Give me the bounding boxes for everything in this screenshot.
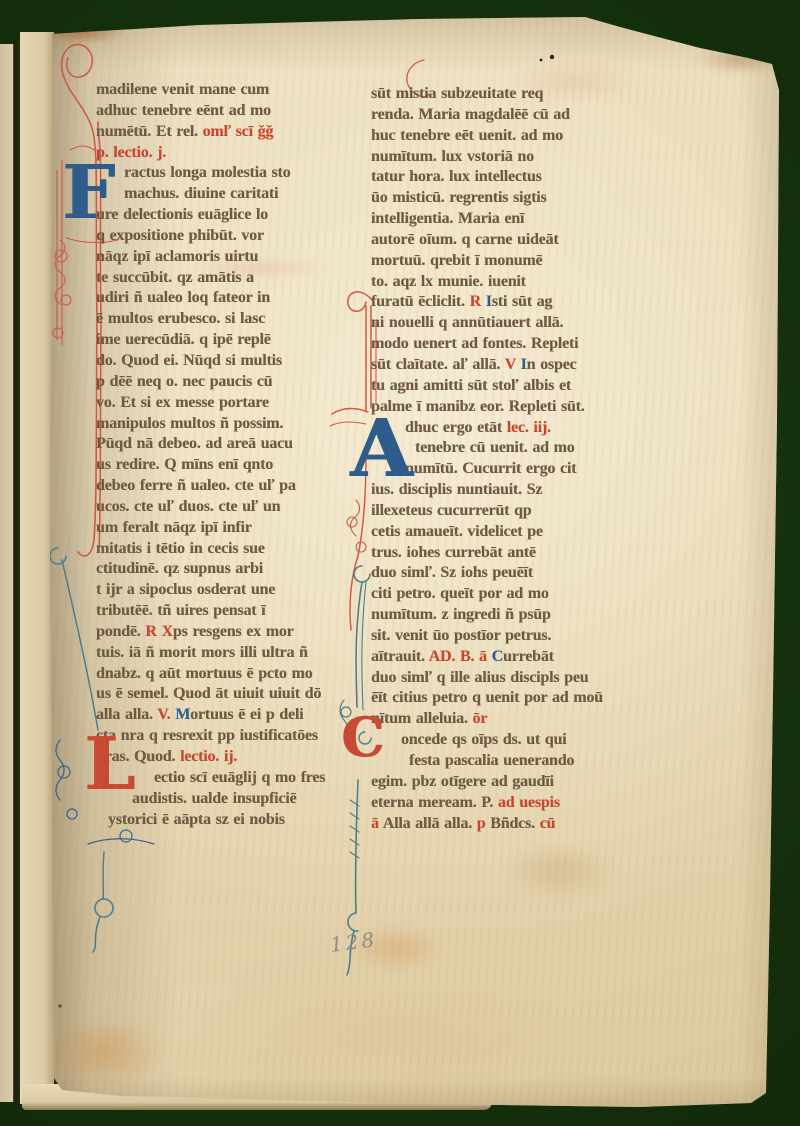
text-line: autorē oīum. q carne uideāt	[371, 230, 673, 251]
body-text: mortuū. qrebit ī monumē	[371, 252, 542, 269]
rubric-text: AD. B. ā	[429, 648, 492, 665]
body-text: tu agni amitti sūt stoľ albis et	[371, 377, 571, 394]
text-line: p. lectio. j.	[96, 143, 348, 164]
body-text: n ospec	[527, 356, 577, 373]
ink-specks	[58, 55, 554, 1008]
body-text: ortuus ē ei p deli	[190, 706, 303, 723]
blue-initial-text: I	[486, 293, 492, 310]
text-line: eterna meream. P. ad uespis	[371, 793, 673, 814]
text-line: udiri ñ ualeo loq fateor in	[96, 288, 348, 309]
text-line: do. Quod ei. Nūqd si multis	[96, 351, 348, 372]
body-text: tributēē. tñ uires pensat ī	[96, 602, 265, 619]
rubric-text: R X	[145, 623, 173, 640]
rubric-text: R	[470, 293, 486, 310]
body-text: modo uenert ad fontes. Repleti	[371, 335, 578, 352]
body-text: machus. diuine caritati	[124, 185, 278, 202]
text-line: sūt mistia subzeuitate req	[371, 84, 673, 105]
blue-initial-text: C	[492, 648, 503, 665]
text-line: festa pascalia uenerando	[371, 751, 673, 772]
parchment-stain	[200, 980, 580, 1090]
body-text: ectio scī euāglij q mo fres	[154, 769, 325, 786]
parchment-stain	[510, 60, 640, 104]
body-text: te succūbit. qz amātis a	[96, 269, 254, 286]
text-line: t ijr a sipoclus osderat une	[96, 580, 348, 601]
body-text: eterna meream. P.	[371, 794, 498, 811]
body-text: huc tenebre eēt uenit. ad mo	[371, 127, 563, 144]
text-line: numētū. Et rel. omľ scī ǧǧ	[96, 122, 348, 143]
rubric-text: p	[477, 815, 491, 832]
body-text: tuis. iā ñ morit mors illi ultra ñ	[96, 644, 308, 661]
body-text: furatū ēcliclit.	[371, 293, 470, 310]
text-line: ēīt citius petro q uenit por ad moū	[371, 688, 673, 709]
body-text: festa pascalia uenerando	[409, 752, 574, 769]
text-line: ctitudinē. qz supnus arbi	[96, 559, 348, 580]
initial-L: L	[84, 728, 135, 800]
body-text: numītum. lux vstoriā no	[371, 148, 534, 165]
body-text: ctitudinē. qz supnus arbi	[96, 560, 263, 577]
body-text: ē multos erubesco. si lasc	[96, 310, 265, 327]
body-text: dnabz. q aūt mortuus ē pcto mo	[96, 665, 312, 682]
penwork-left-blue	[50, 548, 154, 952]
text-line: egim. pbz otīgere ad gaudīi	[371, 772, 673, 793]
text-line: numītum. lux vstoriā no	[371, 147, 673, 168]
blue-initial-text: M	[175, 706, 190, 723]
text-line: Pūqd nā debeo. ad areā uacu	[96, 434, 348, 455]
body-text: numētū. Et rel.	[96, 123, 203, 140]
rubric-text: ōr	[472, 710, 487, 727]
body-text: t ijr a sipoclus osderat une	[96, 581, 275, 598]
text-line: intelligentia. Maria enī	[371, 209, 673, 230]
text-line: oncede qs oīps ds. ut qui	[371, 730, 673, 751]
body-text: duo simľ q ille alius discipls peu	[371, 669, 588, 686]
body-text: audistis. ualde insupficiē	[132, 790, 296, 807]
body-text: citi petro. queīt por ad mo	[371, 585, 549, 602]
body-text: alla alla.	[96, 706, 157, 723]
parchment-stain	[696, 46, 786, 74]
text-line: aītrauit. AD. B. ā Currebāt	[371, 647, 673, 668]
body-text: ractus longa molestia sto	[124, 164, 290, 181]
book-page-edge	[0, 44, 14, 1102]
text-line: audistis. ualde insupficiē	[96, 789, 348, 810]
text-line: madilene venit mane cum	[96, 80, 348, 101]
body-text: nāqz ipī aclamoris uirtu	[96, 248, 258, 265]
body-text: numītum. z ingredi ñ psūp	[371, 606, 551, 623]
text-line: pondē. R Xps resgens ex mor	[96, 622, 348, 643]
body-text: debeo ferre ñ ualeo. cte uľ pa	[96, 477, 296, 494]
body-text: dhuc ergo etāt	[405, 419, 507, 436]
body-text: ure delectionis euāglice lo	[96, 206, 268, 223]
rubric-offset-smudge	[190, 258, 330, 278]
text-line: nras. Quod. lectio. ij.	[96, 747, 348, 768]
body-text: aītrauit.	[371, 648, 429, 665]
text-line: q expositione phibūt. vor	[96, 226, 348, 247]
body-text: udiri ñ ualeo loq fateor in	[96, 289, 270, 306]
body-text: Pūqd nā debeo. ad areā uacu	[96, 435, 293, 452]
body-text: us redire. Q mīns enī qnto	[96, 456, 273, 473]
text-line: ūo misticū. regrentis sigtis	[371, 188, 673, 209]
rubric-text: lec. iij.	[507, 419, 551, 436]
body-text: egim. pbz otīgere ad gaudīi	[371, 773, 554, 790]
body-text: ime uerecūdiā. q ipē replē	[96, 331, 271, 348]
rubric-text: ad uespis	[498, 794, 560, 811]
text-line: to. aqz lx munie. iuenit	[371, 272, 673, 293]
text-line: manipulos multos ñ possim.	[96, 414, 348, 435]
text-line: modo uenert ad fontes. Repleti	[371, 334, 673, 355]
rubric-text: V	[505, 356, 521, 373]
parchment-stain	[346, 926, 446, 972]
text-line: ē multos erubesco. si lasc	[96, 309, 348, 330]
text-line: ā Alla allā alla. p Bñdcs. cū	[371, 814, 673, 835]
body-text: urrebāt	[503, 648, 554, 665]
text-line: alla alla. V. Mortuus ē ei p deli	[96, 705, 348, 726]
folio-number-pencil: 128	[329, 927, 379, 957]
gutter-shadow	[50, 0, 180, 1126]
rubric-text: ā	[371, 815, 383, 832]
text-line: mortuū. qrebit ī monumē	[371, 251, 673, 272]
text-column-left: madilene venit mane cumadhuc tenebre eēn…	[96, 80, 348, 830]
text-line: numītum. z ingredi ñ psūp	[371, 605, 673, 626]
text-line: ime uerecūdiā. q ipē replē	[96, 330, 348, 351]
penwork-left-red-border	[53, 44, 118, 556]
text-column-right: sūt mistia subzeuitate reqrenda. Maria m…	[371, 84, 673, 834]
body-text: vo. Et si ex messe portare	[96, 394, 269, 411]
blue-initial-text: I	[521, 356, 527, 373]
body-text: illexeteus cucurrerūt qp	[371, 502, 531, 519]
text-line: ystorici ē aāpta sz ei nobis	[96, 810, 348, 831]
text-line: ucos. cte uľ duos. cte uľ un	[96, 497, 348, 518]
text-line: cta nra q resrexit pp iustificatōes	[96, 726, 348, 747]
text-line: nītum alleluia. ōr	[371, 709, 673, 730]
photo-background: madilene venit mane cumadhuc tenebre eēn…	[0, 0, 800, 1126]
text-line: ure delectionis euāglice lo	[96, 205, 348, 226]
text-line: sūt claītate. aľ allā. V In ospec	[371, 355, 673, 376]
body-text: sūt mistia subzeuitate req	[371, 85, 543, 102]
initial-A: A	[350, 408, 412, 488]
rubric-text: omľ scī ǧǧ	[203, 123, 274, 140]
initial-C: C	[341, 710, 384, 764]
rubric-text: p. lectio. j.	[96, 144, 166, 161]
text-line: us redire. Q mīns enī qnto	[96, 455, 348, 476]
penwork-decoration	[0, 0, 800, 1126]
body-text: cetis amaueīt. videlicet pe	[371, 523, 543, 540]
text-line: tributēē. tñ uires pensat ī	[96, 601, 348, 622]
text-line: cetis amaueīt. videlicet pe	[371, 522, 673, 543]
body-text: p dēē neq o. nec paucis cū	[96, 373, 272, 390]
text-line: tu agni amitti sūt stoľ albis et	[371, 376, 673, 397]
page-edge-shading	[740, 0, 800, 1126]
body-text: ius. disciplis nuntiauit. Sz	[371, 481, 542, 498]
text-line: mitatis i tētio in cecis sue	[96, 539, 348, 560]
body-text: ūo misticū. regrentis sigtis	[371, 189, 546, 206]
body-text: q expositione phibūt. vor	[96, 227, 264, 244]
text-line: duo simľ. Sz iohs peuēīt	[371, 563, 673, 584]
page-edge-shading	[0, 0, 800, 70]
text-line: huc tenebre eēt uenit. ad mo	[371, 126, 673, 147]
text-line: tuis. iā ñ morit mors illi ultra ñ	[96, 643, 348, 664]
book-page-edge	[20, 32, 54, 1104]
text-line: us ē semel. Quod āt uiuit uiuit dō	[96, 684, 348, 705]
text-line: duo simľ q ille alius discipls peu	[371, 668, 673, 689]
body-text: numītū. Cucurrit ergo cit	[405, 460, 576, 477]
body-text: tatur hora. lux intellectus	[371, 168, 542, 185]
text-line: vo. Et si ex messe portare	[96, 393, 348, 414]
penwork-mid-red	[330, 60, 429, 630]
text-line: palme ī manibz eor. Repleti sūt.	[371, 397, 673, 418]
body-text: duo simľ. Sz iohs peuēīt	[371, 564, 533, 581]
text-line: numītū. Cucurrit ergo cit	[371, 459, 673, 480]
text-line: machus. diuine caritati	[96, 184, 348, 205]
text-line: tatur hora. lux intellectus	[371, 167, 673, 188]
text-line: dnabz. q aūt mortuus ē pcto mo	[96, 664, 348, 685]
body-text: ni nouelli q annūtiauert allā.	[371, 314, 563, 331]
text-line: sit. venit ūo postīor petrus.	[371, 626, 673, 647]
text-line: ius. disciplis nuntiauit. Sz	[371, 480, 673, 501]
body-text: nras. Quod.	[96, 748, 180, 765]
parchment-stain	[46, 1018, 161, 1086]
body-text: tenebre cū uenit. ad mo	[415, 439, 575, 456]
text-line: trus. iohes currebāt antē	[371, 543, 673, 564]
body-text: renda. Maria magdalēē cū ad	[371, 106, 570, 123]
body-text: mitatis i tētio in cecis sue	[96, 540, 265, 557]
text-line: illexeteus cucurrerūt qp	[371, 501, 673, 522]
body-text: do. Quod ei. Nūqd si multis	[96, 352, 282, 369]
body-text: sit. venit ūo postīor petrus.	[371, 627, 551, 644]
text-line: ectio scī euāglij q mo fres	[96, 768, 348, 789]
text-line: ractus longa molestia sto	[96, 163, 348, 184]
body-text: intelligentia. Maria enī	[371, 210, 524, 227]
text-line: adhuc tenebre eēnt ad mo	[96, 101, 348, 122]
text-line: citi petro. queīt por ad mo	[371, 584, 673, 605]
body-text: ps resgens ex mor	[173, 623, 294, 640]
body-text: Bñdcs.	[490, 815, 539, 832]
body-text: sti sūt ag	[492, 293, 552, 310]
body-text: oncede qs oīps ds. ut qui	[401, 731, 566, 748]
body-text: um feralt nāqz ipī infir	[96, 519, 252, 536]
body-text: sūt claītate. aľ allā.	[371, 356, 505, 373]
text-line: nāqz ipī aclamoris uirtu	[96, 247, 348, 268]
body-text: trus. iohes currebāt antē	[371, 544, 536, 561]
text-line: furatū ēcliclit. R Isti sūt ag	[371, 292, 673, 313]
body-text: autorē oīum. q carne uideāt	[371, 231, 558, 248]
text-line: debeo ferre ñ ualeo. cte uľ pa	[96, 476, 348, 497]
body-text: adhuc tenebre eēnt ad mo	[96, 102, 271, 119]
body-text: ucos. cte uľ duos. cte uľ un	[96, 498, 280, 515]
body-text: manipulos multos ñ possim.	[96, 415, 283, 432]
body-text: pondē.	[96, 623, 145, 640]
body-text: to. aqz lx munie. iuenit	[371, 273, 526, 290]
body-text: Alla allā alla.	[383, 815, 477, 832]
penwork-mid-teal	[340, 566, 371, 975]
body-text: madilene venit mane cum	[96, 81, 269, 98]
parchment-stain	[502, 842, 617, 900]
text-line: dhuc ergo etāt lec. iij.	[371, 418, 673, 439]
rubric-text: V.	[157, 706, 175, 723]
manuscript-page: madilene venit mane cumadhuc tenebre eēn…	[0, 0, 800, 1126]
body-text: palme ī manibz eor. Repleti sūt.	[371, 398, 585, 415]
body-text: ystorici ē aāpta sz ei nobis	[108, 811, 285, 828]
initial-F: F	[62, 156, 115, 230]
body-text: cta nra q resrexit pp iustificatōes	[96, 727, 318, 744]
text-line: tenebre cū uenit. ad mo	[371, 438, 673, 459]
text-line: p dēē neq o. nec paucis cū	[96, 372, 348, 393]
text-line: ni nouelli q annūtiauert allā.	[371, 313, 673, 334]
body-text: nītum alleluia.	[371, 710, 472, 727]
body-text: ēīt citius petro q uenit por ad moū	[371, 689, 603, 706]
text-line: um feralt nāqz ipī infir	[96, 518, 348, 539]
rubric-text: cū	[540, 815, 556, 832]
text-line: renda. Maria magdalēē cū ad	[371, 105, 673, 126]
rubric-text: lectio. ij.	[180, 748, 237, 765]
body-text: us ē semel. Quod āt uiuit uiuit dō	[96, 685, 321, 702]
text-line: te succūbit. qz amātis a	[96, 268, 348, 289]
